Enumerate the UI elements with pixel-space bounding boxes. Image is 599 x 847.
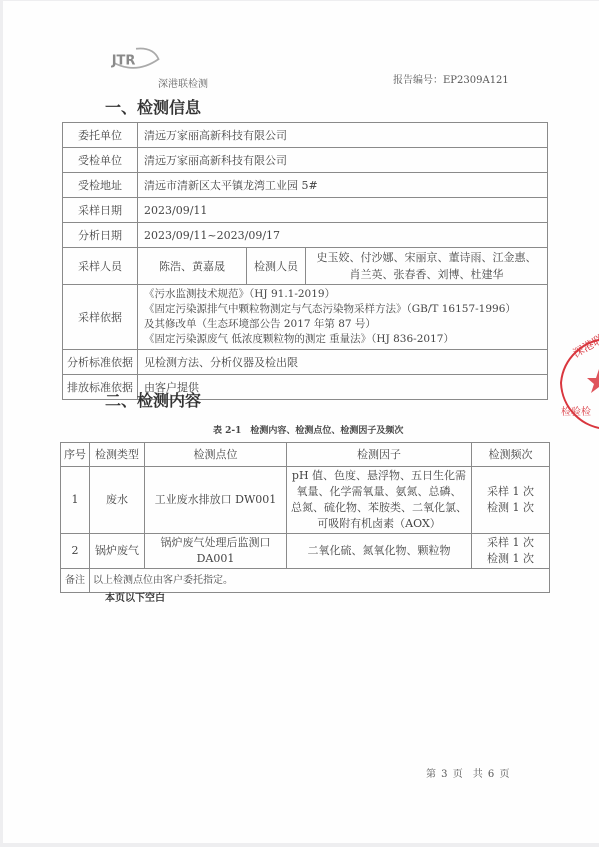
basis-line: 《污水监测技术规范》（HJ 91.1-2019） <box>144 287 541 302</box>
analysis-basis-label: 分析标准依据 <box>63 350 138 375</box>
section1-title: 一、检测信息 <box>105 95 201 118</box>
svg-text:检验检: 检验检 <box>561 405 591 418</box>
freq-line: 检测 1 次 <box>475 551 546 567</box>
header-type: 检测类型 <box>90 443 145 467</box>
row-factors: 二氧化硫、氮氧化物、颗粒物 <box>287 534 472 569</box>
row-no: 1 <box>61 467 90 534</box>
table-row: 委托单位 清远万家丽高新科技有限公司 <box>63 123 548 148</box>
factor-line: 可吸附有机卤素（AOX） <box>290 516 468 532</box>
header-factors: 检测因子 <box>287 443 472 467</box>
svg-text:深港联: 深港联 <box>570 331 599 360</box>
jtr-logo-icon: JTR <box>110 47 162 73</box>
point-line: 锅炉废气处理后监测口 <box>148 535 283 551</box>
basis-line: 及其修改单（生态环境部公告 2017 年第 87 号） <box>144 317 541 332</box>
header-frequency: 检测频次 <box>472 443 550 467</box>
table-row-personnel: 采样人员 陈浩、黄嘉晟 检测人员 史玉姣、付沙娜、宋丽京、董诗雨、江金惠、 肖兰… <box>63 248 548 285</box>
sampling-staff-value: 陈浩、黄嘉晟 <box>138 248 247 285</box>
table-row: 分析标准依据 见检测方法、分析仪器及检出限 <box>63 350 548 375</box>
row-frequency: 采样 1 次 检测 1 次 <box>472 534 550 569</box>
row-type: 废水 <box>90 467 145 534</box>
sampling-basis-label: 采样依据 <box>63 285 138 350</box>
company-seal-icon: 深港联 检验检 <box>559 331 599 436</box>
freq-line: 检测 1 次 <box>475 500 546 516</box>
row-value: 清远万家丽高新科技有限公司 <box>138 123 548 148</box>
row-label: 分析日期 <box>63 223 138 248</box>
row-value: 清远万家丽高新科技有限公司 <box>138 148 548 173</box>
table-caption: 表 2-1 检测内容、检测点位、检测因子及频次 <box>213 423 403 436</box>
document-page: JTR 深港联检测 报告编号：EP2309A121 一、检测信息 委托单位 清远… <box>3 1 599 843</box>
row-factors: pH 值、色度、悬浮物、五日生化需 氧量、化学需氧量、氨氮、总磷、 总氮、硫化物… <box>287 467 472 534</box>
table-row: 1 废水 工业废水排放口 DW001 pH 值、色度、悬浮物、五日生化需 氧量、… <box>61 467 550 534</box>
note-label: 备注 <box>61 569 90 593</box>
analysis-basis-value: 见检测方法、分析仪器及检出限 <box>138 350 548 375</box>
report-number: 报告编号：EP2309A121 <box>393 71 509 86</box>
header-no: 序号 <box>61 443 90 467</box>
row-value: 清远市清新区太平镇龙湾工业园 5# <box>138 173 548 198</box>
basis-line: 《固定污染源废气 低浓度颗粒物的测定 重量法》（HJ 836-2017） <box>144 332 541 347</box>
table-row: 采样日期 2023/09/11 <box>63 198 548 223</box>
row-type: 锅炉废气 <box>90 534 145 569</box>
table-row: 分析日期 2023/09/11~2023/09/17 <box>63 223 548 248</box>
row-value: 2023/09/11 <box>138 198 548 223</box>
testing-staff-label: 检测人员 <box>247 248 306 285</box>
row-frequency: 采样 1 次 检测 1 次 <box>472 467 550 534</box>
inspection-content-table: 序号 检测类型 检测点位 检测因子 检测频次 1 废水 工业废水排放口 DW00… <box>60 442 550 593</box>
testing-staff-line: 肖兰英、张春香、刘博、杜建华 <box>308 266 545 283</box>
sampling-staff-label: 采样人员 <box>63 248 138 285</box>
row-label: 受检地址 <box>63 173 138 198</box>
point-line: DA001 <box>148 551 283 567</box>
section2-title: 二、检测内容 <box>105 388 201 411</box>
row-point: 工业废水排放口 DW001 <box>145 467 287 534</box>
factor-line: 总氮、硫化物、苯胺类、二氧化氯、 <box>290 500 468 516</box>
table-row: 2 锅炉废气 锅炉废气处理后监测口 DA001 二氧化硫、氮氧化物、颗粒物 采样… <box>61 534 550 569</box>
page-number: 第 3 页 共 6 页 <box>426 765 509 780</box>
freq-line: 采样 1 次 <box>475 484 546 500</box>
table-row-basis: 采样依据 《污水监测技术规范》（HJ 91.1-2019） 《固定污染源排气中颗… <box>63 285 548 350</box>
testing-staff-line: 史玉姣、付沙娜、宋丽京、董诗雨、江金惠、 <box>308 249 545 266</box>
row-label: 委托单位 <box>63 123 138 148</box>
svg-text:JTR: JTR <box>111 53 136 68</box>
row-no: 2 <box>61 534 90 569</box>
blank-below-note: 本页以下空白 <box>105 589 165 604</box>
row-point: 锅炉废气处理后监测口 DA001 <box>145 534 287 569</box>
row-value: 2023/09/11~2023/09/17 <box>138 223 548 248</box>
factor-line: pH 值、色度、悬浮物、五日生化需 <box>290 468 468 484</box>
report-number-label: 报告编号： <box>393 75 443 86</box>
header-point: 检测点位 <box>145 443 287 467</box>
company-name: 深港联检测 <box>158 75 208 90</box>
inspection-info-table: 委托单位 清远万家丽高新科技有限公司 受检单位 清远万家丽高新科技有限公司 受检… <box>62 122 548 400</box>
row-label: 受检单位 <box>63 148 138 173</box>
row-label: 采样日期 <box>63 198 138 223</box>
testing-staff-value: 史玉姣、付沙娜、宋丽京、董诗雨、江金惠、 肖兰英、张春香、刘博、杜建华 <box>306 248 548 285</box>
table-row: 受检单位 清远万家丽高新科技有限公司 <box>63 148 548 173</box>
factor-line: 氧量、化学需氧量、氨氮、总磷、 <box>290 484 468 500</box>
freq-line: 采样 1 次 <box>475 535 546 551</box>
table-header-row: 序号 检测类型 检测点位 检测因子 检测频次 <box>61 443 550 467</box>
sampling-basis-value: 《污水监测技术规范》（HJ 91.1-2019） 《固定污染源排气中颗粒物测定与… <box>138 285 548 350</box>
table-row: 受检地址 清远市清新区太平镇龙湾工业园 5# <box>63 173 548 198</box>
basis-line: 《固定污染源排气中颗粒物测定与气态污染物采样方法》（GB/T 16157-199… <box>144 302 541 317</box>
report-number-value: EP2309A121 <box>443 75 509 86</box>
